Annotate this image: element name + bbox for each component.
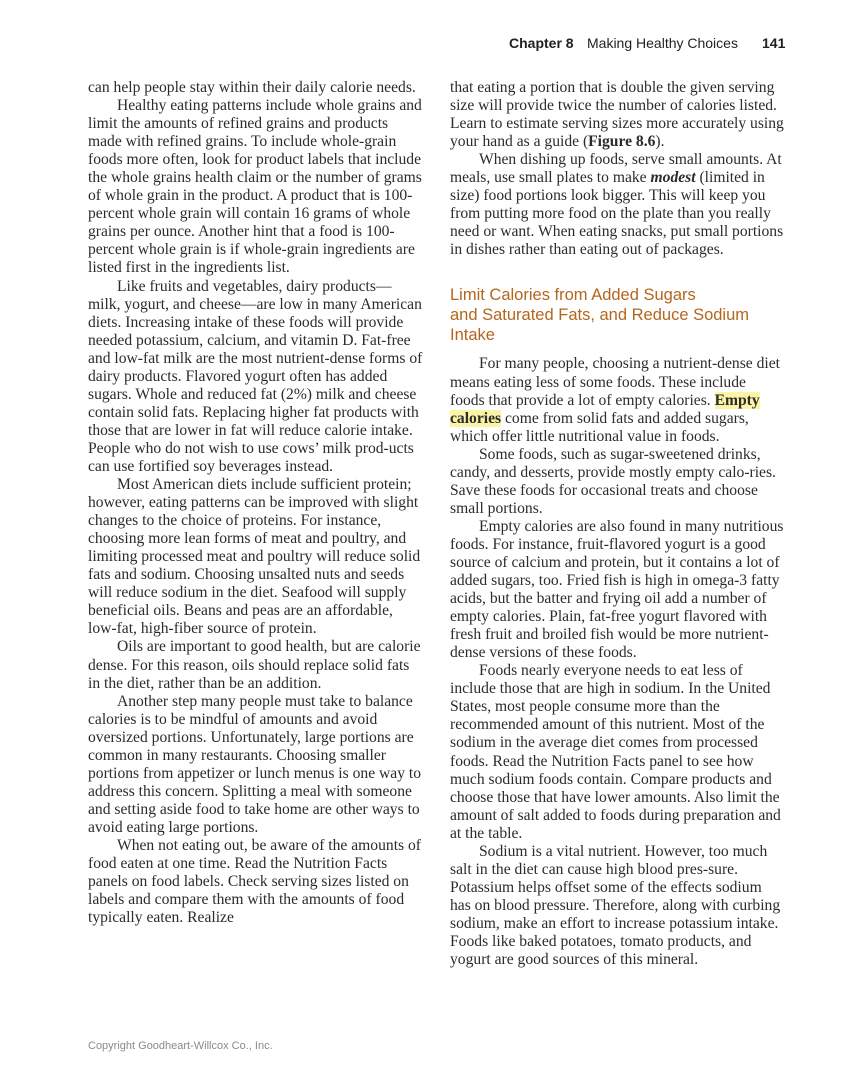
chapter-number: Chapter 8 [509, 35, 574, 51]
paragraph: Most American diets include sufficient p… [88, 476, 424, 638]
section-heading: Limit Calories from Added Sugars and Sat… [450, 285, 784, 345]
paragraph: Some foods, such as sugar-sweetened drin… [450, 446, 784, 518]
vocabulary-term: modest [651, 169, 696, 186]
figure-reference[interactable]: Figure 8.6 [588, 133, 655, 150]
right-column: that eating a portion that is double the… [450, 79, 784, 969]
paragraph: can help people stay within their daily … [88, 79, 424, 97]
text: ). [655, 133, 664, 150]
paragraph: Like fruits and vegetables, dairy produc… [88, 278, 424, 477]
paragraph: Empty calories are also found in many nu… [450, 518, 784, 662]
left-column: can help people stay within their daily … [88, 79, 424, 927]
paragraph: Healthy eating patterns include whole gr… [88, 97, 424, 277]
section-heading-line: Limit Calories from Added Sugars [450, 285, 784, 305]
running-header: Chapter 8 Making Healthy Choices 141 [0, 35, 849, 55]
paragraph: When not eating out, be aware of the amo… [88, 837, 424, 927]
paragraph: that eating a portion that is double the… [450, 79, 784, 151]
section-heading-line: and Saturated Fats, and Reduce Sodium In… [450, 305, 784, 345]
paragraph: Another step many people must take to ba… [88, 693, 424, 837]
paragraph: Oils are important to good health, but a… [88, 638, 424, 692]
copyright-footer: Copyright Goodheart-Willcox Co., Inc. [88, 1040, 273, 1052]
paragraph: Sodium is a vital nutrient. However, too… [450, 843, 784, 969]
chapter-title: Making Healthy Choices [587, 35, 738, 51]
paragraph: Foods nearly everyone needs to eat less … [450, 662, 784, 842]
paragraph: When dishing up foods, serve small amoun… [450, 151, 784, 259]
page-number: 141 [762, 35, 785, 51]
paragraph: For many people, choosing a nutrient-den… [450, 355, 784, 445]
